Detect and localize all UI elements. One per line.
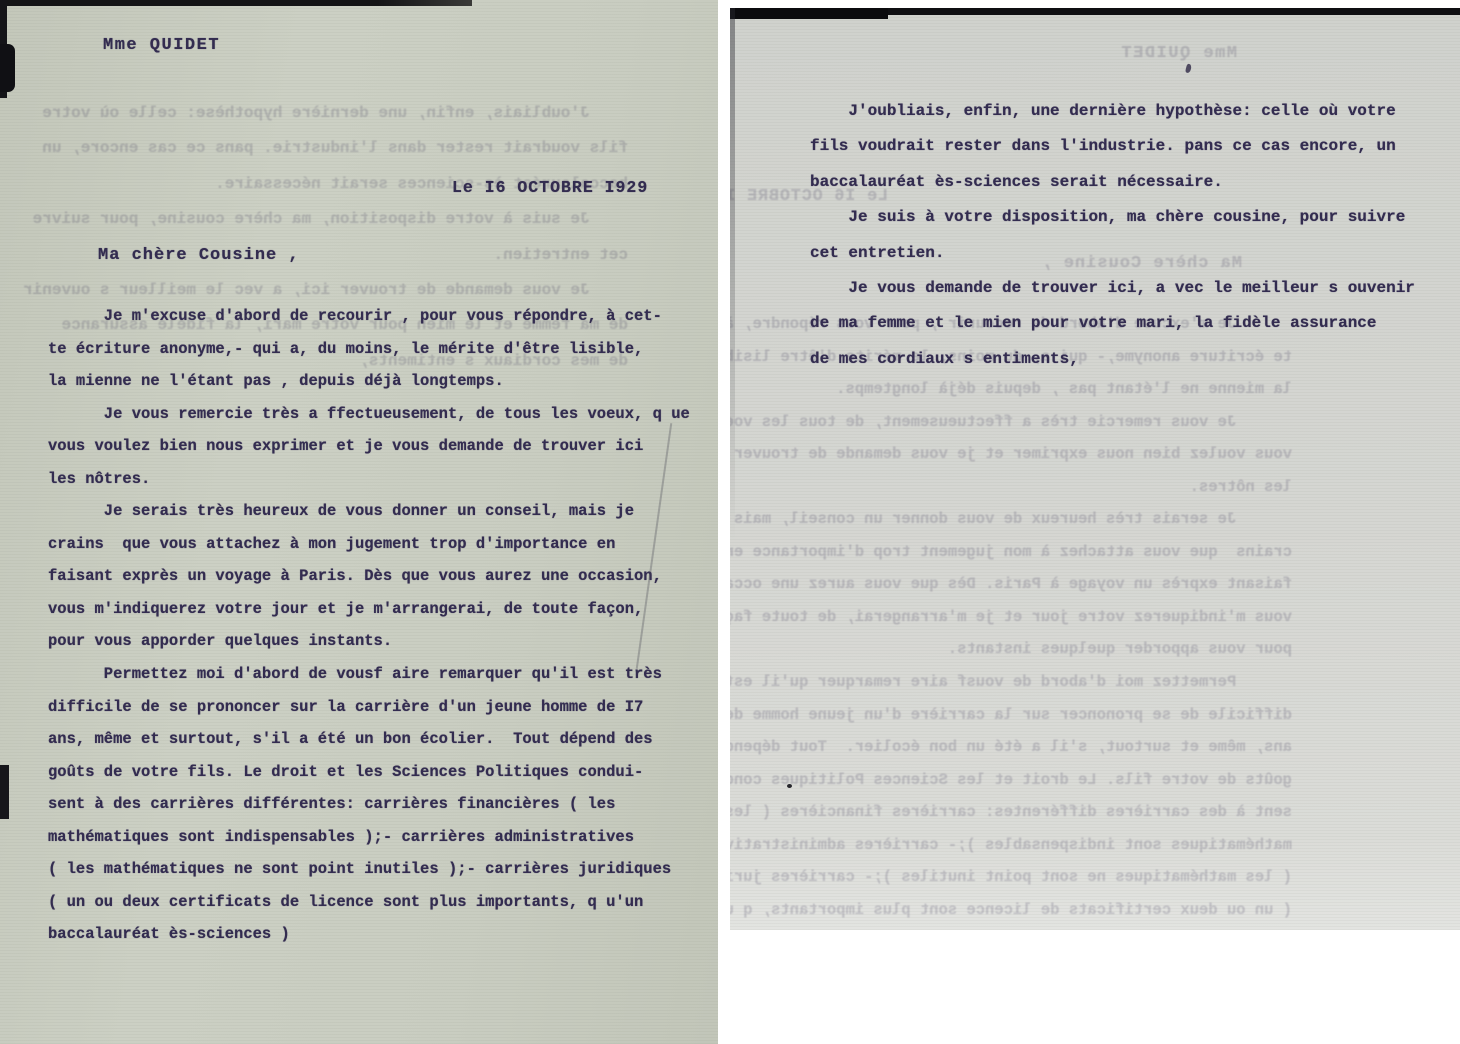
scan-edge-artifact [730, 8, 888, 19]
text-line: Permettez moi d'abord de vousf aire rema… [730, 666, 1292, 699]
text-line: mathématiques sont indispensables );- ca… [730, 829, 1292, 862]
text-line: Je suis à votre disposition, ma chère co… [810, 200, 1455, 235]
text-line: ( un ou deux certificats de licence sont… [48, 886, 712, 919]
text-line: Je vous remercie très a ffectueusement, … [48, 398, 712, 431]
text-line: faisant exprès un voyage à Paris. Dès qu… [730, 568, 1292, 601]
letter-date: Le I6 OCTOBRE I929 [452, 178, 648, 197]
text-line: sent à des carrières différentes: carriè… [48, 788, 712, 821]
text-line: difficile de se prononcer sur la carrièr… [48, 691, 712, 724]
text-line: baccalauréat ès-sciences ) [48, 918, 712, 951]
text-line: ans, même et surtout, s'il a été un bon … [730, 731, 1292, 764]
text-line: Permettez moi d'abord de vousf aire rema… [48, 658, 712, 691]
text-line: Je suis à votre disposition, ma chère co… [0, 202, 628, 237]
text-line: J'oubliais, enfin, une dernière hypothès… [810, 94, 1455, 129]
text-line: difficile de se prononcer sur la carrièr… [730, 699, 1292, 732]
text-line: goûts de votre fils. Le droit et les Sci… [730, 764, 1292, 797]
text-line: pour vous apporder quelques instants. [730, 633, 1292, 666]
text-line: baccalauréat ès-sciences serait nécessai… [810, 165, 1455, 200]
text-line: sent à des carrières différentes: carriè… [730, 796, 1292, 829]
letter-page-2: Mme QUIDETLe I6 OCTOBRE I929Ma chère Cou… [730, 8, 1460, 930]
text-line: vous m'indiquerez votre jour et je m'arr… [730, 601, 1292, 634]
text-line: Je vous remercie très a ffectueusement, … [730, 406, 1292, 439]
text-line: J'oubliais, enfin, une dernière hypothès… [0, 96, 628, 131]
text-line: de ma femme et le mien pour votre mari, … [810, 306, 1455, 341]
page2-body-text: J'oubliais, enfin, une dernière hypothès… [810, 94, 1455, 377]
scan-edge-artifact [0, 44, 15, 92]
text-line: te écriture anonyme,- qui a, du moins, l… [48, 333, 712, 366]
text-line: mathématiques sont indispensables );- ca… [48, 821, 712, 854]
text-line: pour vous apporder quelques instants. [48, 625, 712, 658]
text-line: ( les mathématiques ne sont point inutil… [730, 861, 1292, 894]
text-line: vous voulez bien nous exprimer et je vou… [48, 430, 712, 463]
text-line: faisant exprès un voyage à Paris. Dès qu… [48, 560, 712, 593]
text-line: Je serais très heureux de vous donner un… [48, 495, 712, 528]
recipient-name: Mme QUIDET [103, 36, 220, 55]
text-line: vous voulez bien nous exprimer et je vou… [730, 438, 1292, 471]
text-line: ans, même et surtout, s'il a été un bon … [48, 723, 712, 756]
text-line: cet entretien. [0, 238, 628, 273]
page-edge-shadow [730, 8, 735, 543]
salutation: Ma chère Cousine , [98, 246, 300, 265]
text-line: de mes cordiaux s entiments, [810, 342, 1455, 377]
text-line: ( un ou deux certificats de licence sont… [730, 894, 1292, 927]
text-line: Je serais très heureux de vous donner un… [730, 503, 1292, 536]
scan-background: J'oubliais, enfin, une dernière hypothès… [0, 0, 1460, 1044]
page1-body-text: Je m'excuse d'abord de recourir , pour v… [48, 300, 712, 951]
ink-speck [787, 784, 792, 788]
text-line: baccalauréat ès-sciences ) [730, 926, 1292, 930]
text-line: les nôtres. [48, 463, 712, 496]
text-line: la mienne ne l'étant pas , depuis déjà l… [48, 365, 712, 398]
scan-edge-artifact [0, 0, 472, 6]
text-line: ( les mathématiques ne sont point inutil… [48, 853, 712, 886]
letter-page-1: J'oubliais, enfin, une dernière hypothès… [0, 0, 718, 1044]
text-line: Je m'excuse d'abord de recourir , pour v… [48, 300, 712, 333]
text-line: cet entretien. [810, 236, 1455, 271]
scan-edge-artifact [0, 765, 9, 819]
text-line: la mienne ne l'étant pas , depuis déjà l… [730, 373, 1292, 406]
text-line: les nôtres. [730, 471, 1292, 504]
text-line: crains que vous attachez à mon jugement … [48, 528, 712, 561]
text-line: fils voudrait rester dans l'industrie. p… [0, 131, 628, 166]
ink-speck [1185, 64, 1192, 74]
text-line: fils voudrait rester dans l'industrie. p… [810, 129, 1455, 164]
text-line: vous m'indiquerez votre jour et je m'arr… [48, 593, 712, 626]
text-line: goûts de votre fils. Le droit et les Sci… [48, 756, 712, 789]
text-line: crains que vous attachez à mon jugement … [730, 536, 1292, 569]
text-line: Je vous demande de trouver ici, a vec le… [810, 271, 1455, 306]
ghost-body-text: Je m'excuse d'abord de recourir , pour v… [730, 308, 1292, 930]
ghost-text-line: Mme QUIDET [1120, 44, 1237, 63]
